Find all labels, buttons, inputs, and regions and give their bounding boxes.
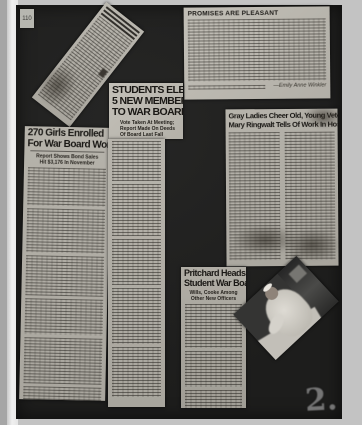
girls-paragraph-blur xyxy=(25,298,104,336)
pritchard-headline-line2: Student War Board xyxy=(184,279,243,289)
students-paragraph-blur xyxy=(112,184,161,236)
students-paragraph-blur xyxy=(112,288,161,344)
pritchard-headline: Pritchard Heads Student War Board xyxy=(184,269,243,288)
girls-subhead: Report Shows Bond Sales Hit $3,176 In No… xyxy=(27,153,107,167)
girls-paragraph-blur xyxy=(23,386,102,401)
clipping-pritchard-heads: Pritchard Heads Student War Board Wills,… xyxy=(181,267,246,408)
clipping-gray-ladies: Gray Ladies Cheer Old, Young Veterans; M… xyxy=(225,109,338,267)
promises-lastline-blur xyxy=(188,85,265,90)
pritchard-subhead-line2: Other New Officers xyxy=(184,296,243,302)
clipping-270-girls-enrolled: 270 Girls Enrolled For War Board Work Re… xyxy=(19,126,111,401)
students-headline-line3: TO WAR BOARD xyxy=(112,107,180,118)
girls-subhead-line2: Hit $3,176 In November xyxy=(27,159,107,167)
students-subhead-line3: Of Board Last Fall xyxy=(120,132,180,138)
album-label-text: 110 xyxy=(22,16,32,22)
promises-body-blur xyxy=(188,18,327,81)
promises-last-row: —Emily Anne Winkler xyxy=(188,82,326,89)
students-paragraph-blur xyxy=(112,347,161,397)
pritchard-paragraph-blur xyxy=(185,304,242,348)
girls-headline-line2: For War Board Work xyxy=(27,139,107,151)
clipping-students-elect-column xyxy=(108,139,165,407)
promises-title: PROMISES ARE PLEASANT xyxy=(188,9,326,17)
girls-headline: 270 Girls Enrolled For War Board Work xyxy=(27,128,107,151)
stamped-page-number: 2. xyxy=(304,381,338,419)
girls-paragraph-blur xyxy=(23,337,102,385)
scrapbook-scan: 110 PROMISES ARE PLEASANT —Emily Anne Wi… xyxy=(0,0,362,425)
girls-paragraph-blur xyxy=(26,208,105,254)
pritchard-paragraph-blur xyxy=(185,390,242,408)
ink-smudge xyxy=(284,229,338,261)
girls-rule xyxy=(30,150,104,153)
students-paragraph-blur xyxy=(112,239,161,285)
clipping-promises-are-pleasant: PROMISES ARE PLEASANT —Emily Anne Winkle… xyxy=(184,6,331,99)
girls-paragraph-blur xyxy=(27,167,106,207)
students-paragraph-blur xyxy=(112,141,161,181)
album-corner-label: 110 xyxy=(20,9,34,28)
students-headline: STUDENTS ELECT 5 NEW MEMBERS TO WAR BOAR… xyxy=(112,85,180,118)
pritchard-subhead: Wills, Cooke Among Other New Officers xyxy=(184,290,243,302)
promises-signature: —Emily Anne Winkler xyxy=(266,82,327,89)
girls-paragraph-blur xyxy=(25,255,104,297)
pritchard-paragraph-blur xyxy=(185,351,242,387)
scan-edge-shadow xyxy=(0,0,7,425)
clipping-students-elect-headline: STUDENTS ELECT 5 NEW MEMBERS TO WAR BOAR… xyxy=(109,83,183,139)
students-subhead: Vote Taken At Meeting; Report Made On De… xyxy=(112,120,180,138)
